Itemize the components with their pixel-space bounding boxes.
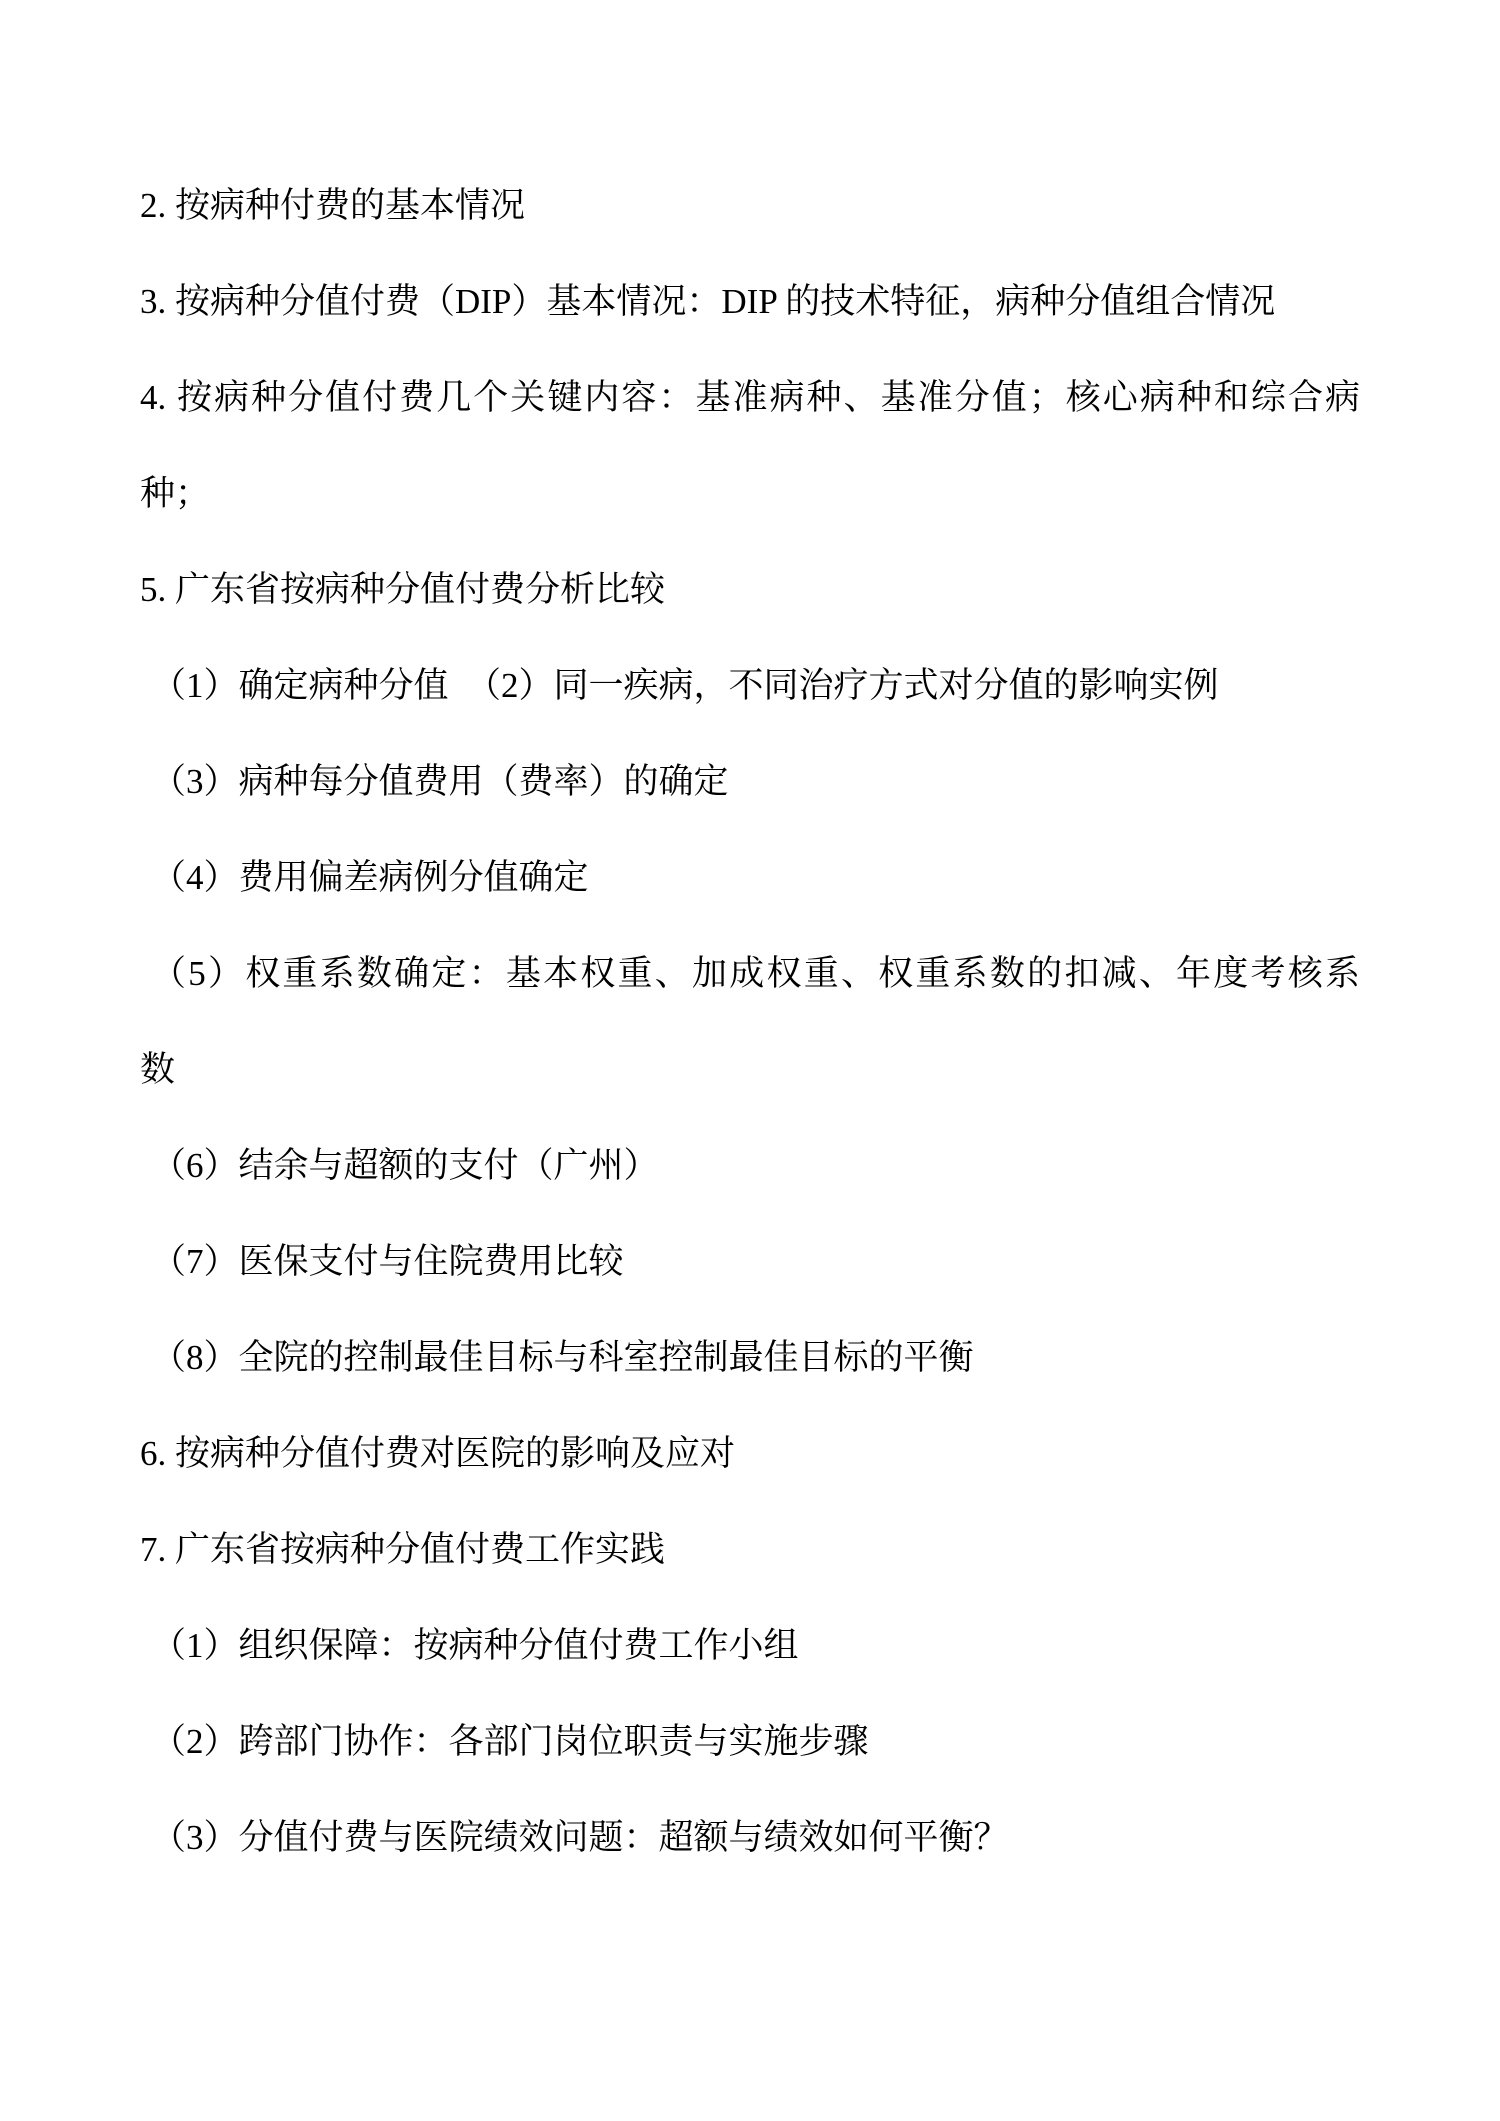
document-line: 2. 按病种付费的基本情况 [140, 158, 1360, 254]
document-line: （8）全院的控制最佳目标与科室控制最佳目标的平衡 [140, 1310, 1360, 1406]
document-line: （6）结余与超额的支付（广州） [140, 1118, 1360, 1214]
document-line: 4. 按病种分值付费几个关键内容：基准病种、基准分值；核心病种和综合病 [140, 350, 1360, 446]
document-line: 5. 广东省按病种分值付费分析比较 [140, 542, 1360, 638]
document-line: 数 [140, 1022, 1360, 1118]
document-line: 7. 广东省按病种分值付费工作实践 [140, 1502, 1360, 1598]
document-line: （4）费用偏差病例分值确定 [140, 830, 1360, 926]
document-line: 种； [140, 446, 1360, 542]
document-line: 6. 按病种分值付费对医院的影响及应对 [140, 1406, 1360, 1502]
document-line: （1）确定病种分值 （2）同一疾病，不同治疗方式对分值的影响实例 [140, 638, 1360, 734]
document-line: 3. 按病种分值付费（DIP）基本情况：DIP 的技术特征，病种分值组合情况 [140, 254, 1360, 350]
document-line: （3）病种每分值费用（费率）的确定 [140, 734, 1360, 830]
document-line: （1）组织保障：按病种分值付费工作小组 [140, 1598, 1360, 1694]
document-line: （3）分值付费与医院绩效问题：超额与绩效如何平衡？ [140, 1790, 1360, 1886]
document-line: （5）权重系数确定：基本权重、加成权重、权重系数的扣减、年度考核系 [140, 926, 1360, 1022]
document-line: （2）跨部门协作：各部门岗位职责与实施步骤 [140, 1694, 1360, 1790]
document-page: 2. 按病种付费的基本情况3. 按病种分值付费（DIP）基本情况：DIP 的技术… [0, 0, 1500, 2121]
document-line: （7）医保支付与住院费用比较 [140, 1214, 1360, 1310]
document-content: 2. 按病种付费的基本情况3. 按病种分值付费（DIP）基本情况：DIP 的技术… [140, 158, 1360, 1886]
